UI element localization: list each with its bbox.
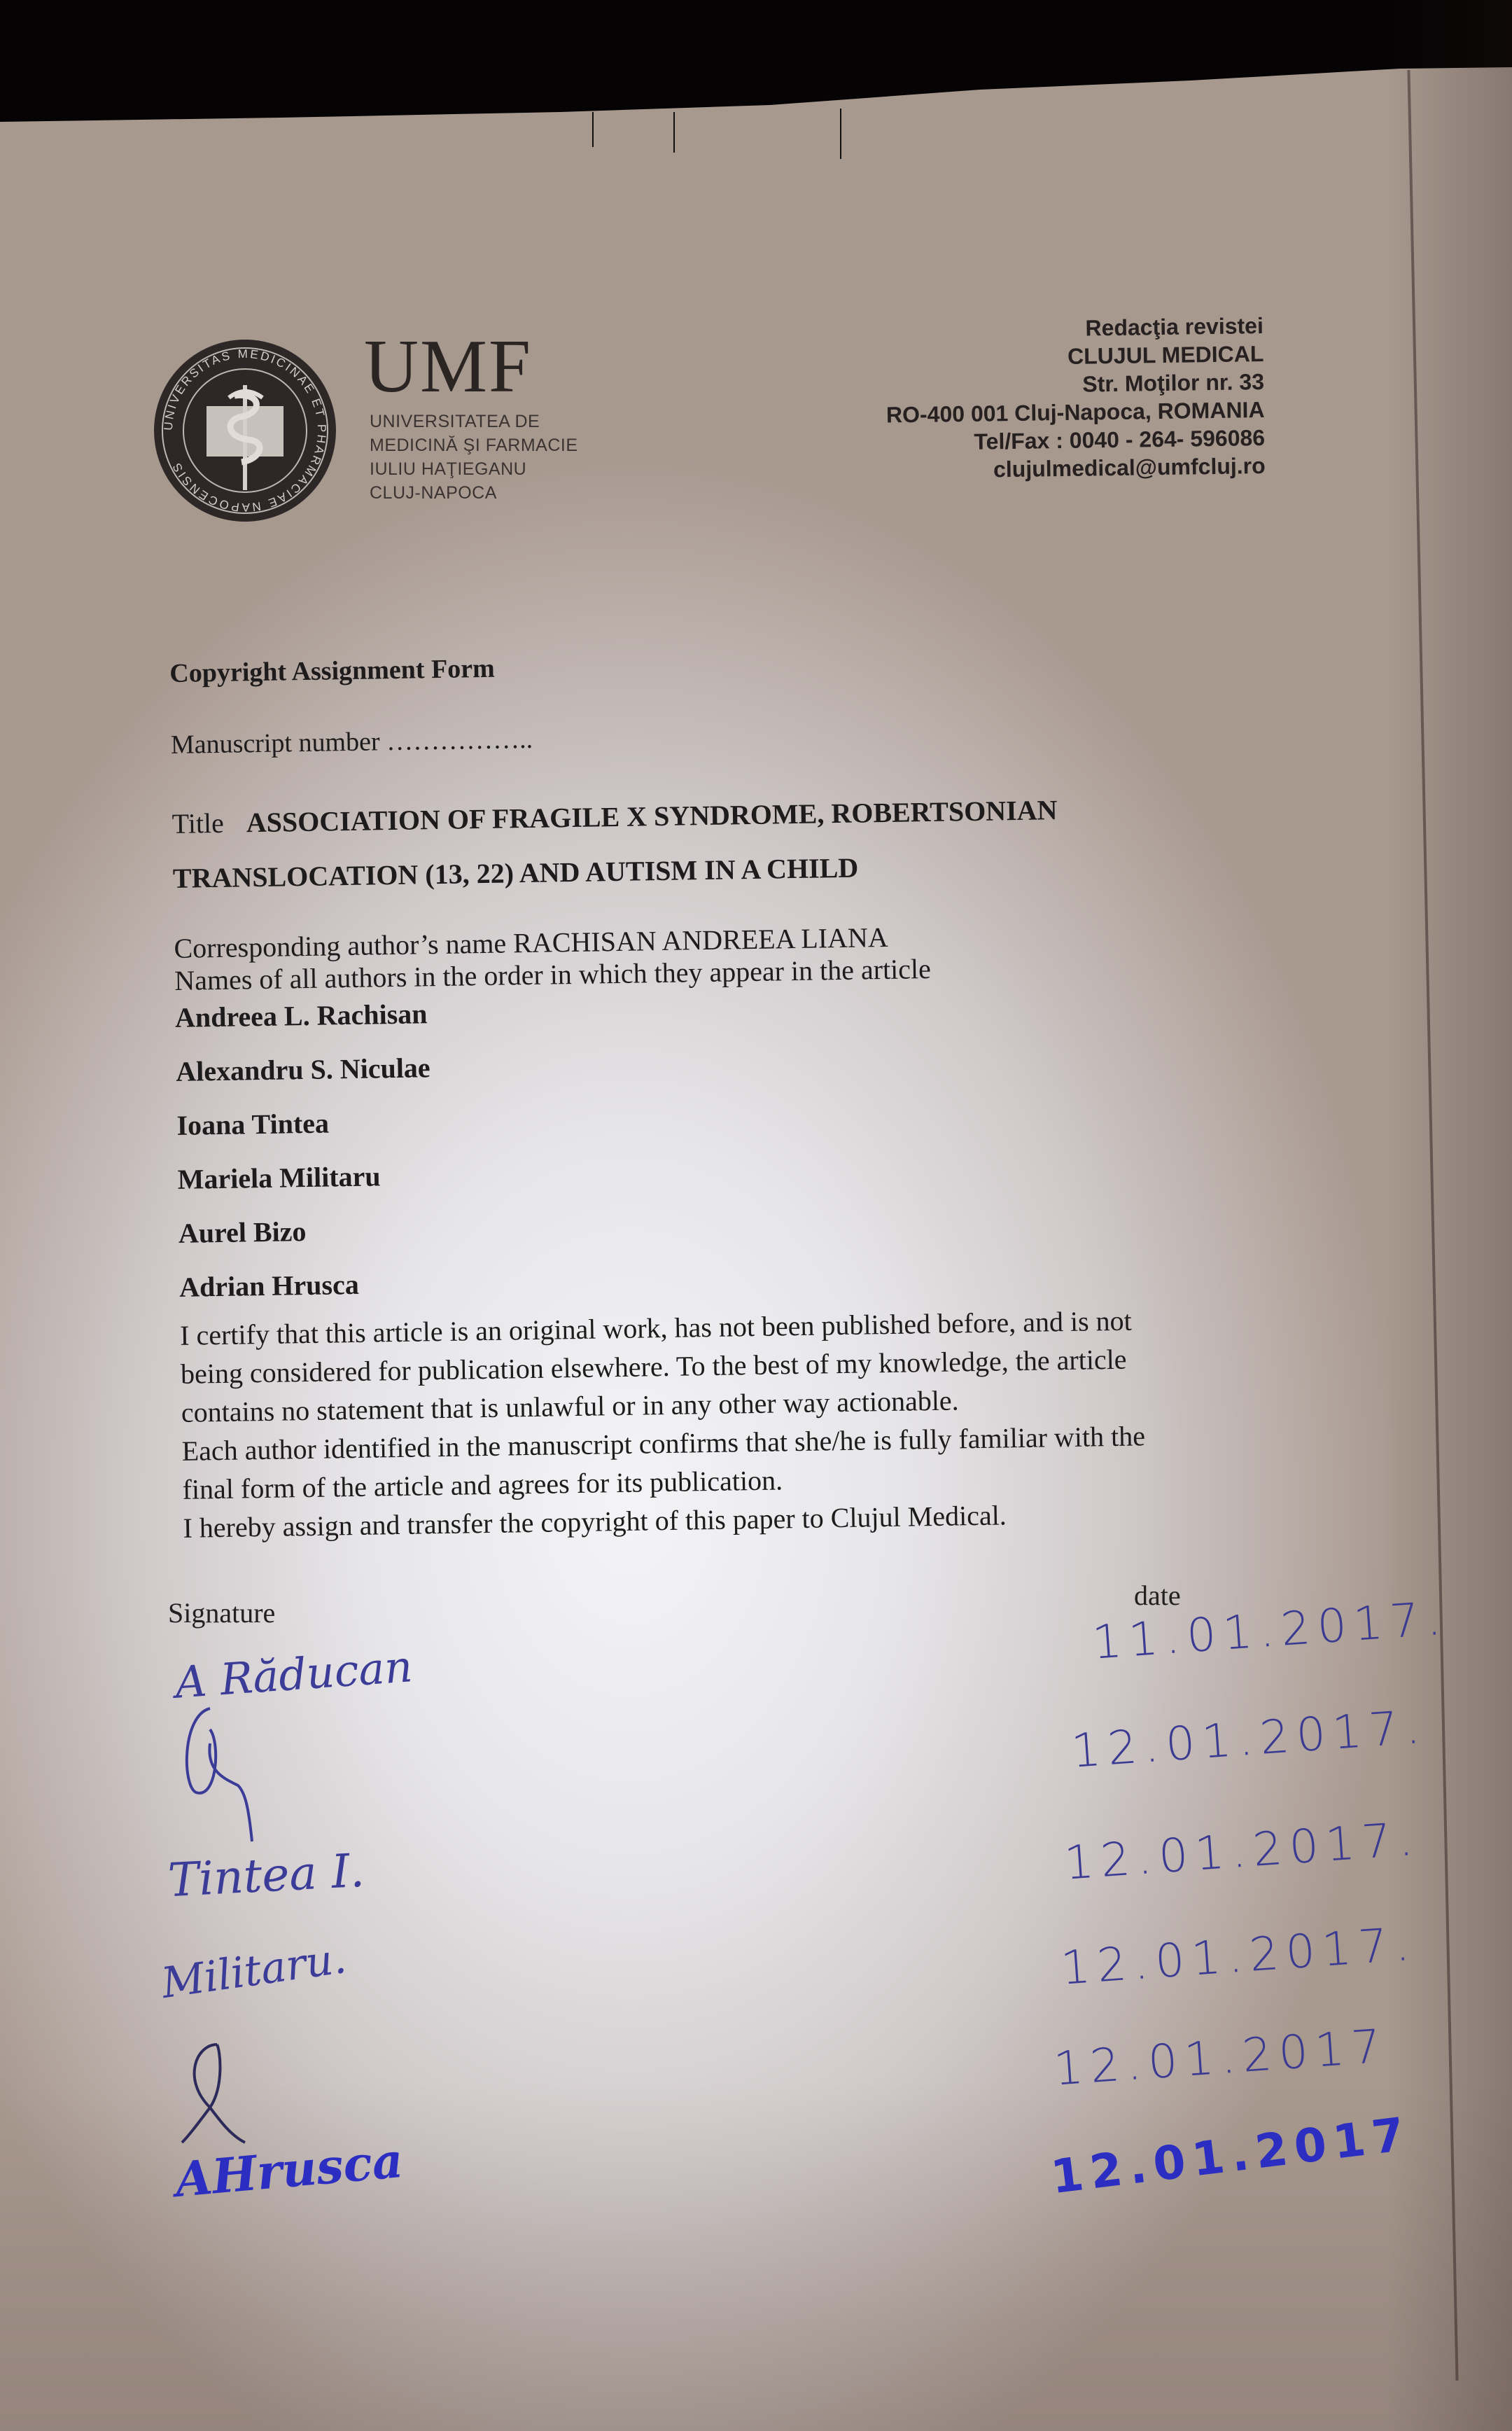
manuscript-number-field: …………….. <box>386 725 533 756</box>
university-line: CLUJ-NAPOCA <box>370 481 578 505</box>
signature-3: Tintea I. <box>167 1844 365 1908</box>
copyright-form: Copyright Assignment Form Manuscript num… <box>169 641 1317 1547</box>
email-address: clujulmedical@umfcluj.ro <box>887 452 1266 485</box>
article-title-line: ASSOCIATION OF FRAGILE X SYNDROME, ROBER… <box>246 794 1057 838</box>
manuscript-number-label: Manuscript number <box>171 727 380 760</box>
umf-logo: UMF <box>364 329 532 405</box>
university-name: UNIVERSITATEA DE MEDICINĂ ŞI FARMACIE IU… <box>370 410 578 505</box>
certification-statement: I certify that this article is an origin… <box>180 1298 1317 1547</box>
signature-2-scribble-icon <box>168 1701 308 1862</box>
university-line: UNIVERSITATEA DE <box>370 410 578 433</box>
manuscript-number-row: Manuscript number …………….. <box>171 712 1305 760</box>
date-label: date <box>1134 1579 1181 1612</box>
university-line: MEDICINĂ ŞI FARMACIE <box>370 433 578 457</box>
signature-5-scribble-icon <box>168 2038 294 2150</box>
article-title-row: Title ASSOCIATION OF FRAGILE X SYNDROME,… <box>171 779 1307 906</box>
binding-mark <box>673 112 675 153</box>
corresponding-author-name: RACHISAN ANDREEA LIANA <box>513 921 888 959</box>
journal-address: Redacţia revistei CLUJUL MEDICAL Str. Mo… <box>885 312 1266 485</box>
title-label: Title <box>171 807 224 840</box>
binding-mark <box>592 112 594 147</box>
signature-label: Signature <box>168 1596 275 1629</box>
university-seal-icon: UNIVERSITAS MEDICINAE ET PHARMACIAE NAPO… <box>150 336 339 525</box>
binding-mark <box>840 109 841 159</box>
corresponding-author-label: Corresponding author’s name <box>174 927 506 963</box>
university-line: IULIU HAŢIEGANU <box>370 457 578 481</box>
article-title-line: TRANSLOCATION (13, 22) AND AUTISM IN A C… <box>173 852 859 894</box>
authors-list: Andreea L. Rachisan Alexandru S. Niculae… <box>175 982 1314 1323</box>
